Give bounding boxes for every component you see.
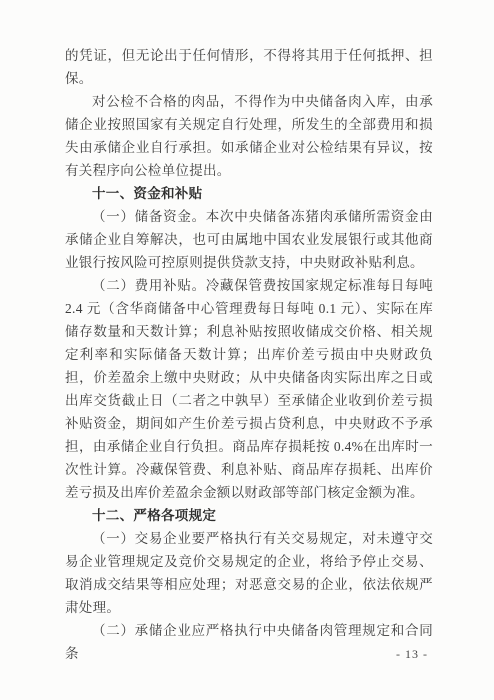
section-heading: 十二、严格各项规定 xyxy=(65,504,433,527)
document-page: 的凭证，但无论出于任何情形，不得将其用于任何抵押、担保。对公检不合格的肉品，不得… xyxy=(0,0,494,700)
document-body: 的凭证，但无论出于任何情形，不得将其用于任何抵押、担保。对公检不合格的肉品，不得… xyxy=(65,44,433,665)
paragraph: （二）费用补贴。冷藏保管费按国家规定标准每日每吨 2.4 元（含华商储备中心管理… xyxy=(65,274,433,504)
paragraph: 的凭证，但无论出于任何情形，不得将其用于任何抵押、担保。 xyxy=(65,44,433,90)
paragraph: （一）储备资金。本次中央储备冻猪肉承储所需资金由承储企业自筹解决，也可由属地中国… xyxy=(65,205,433,274)
page-number: - 13 - xyxy=(396,647,428,661)
paragraph: 对公检不合格的肉品，不得作为中央储备肉入库，由承储企业按照国家有关规定自行处理，… xyxy=(65,90,433,182)
paragraph: （一）交易企业要严格执行有关交易规定，对未遵守交易企业管理规定及竞价交易规定的企… xyxy=(65,527,433,619)
section-heading: 十一、资金和补贴 xyxy=(65,182,433,205)
paragraph: （二）承储企业应严格执行中央储备肉管理规定和合同条 xyxy=(65,619,433,665)
